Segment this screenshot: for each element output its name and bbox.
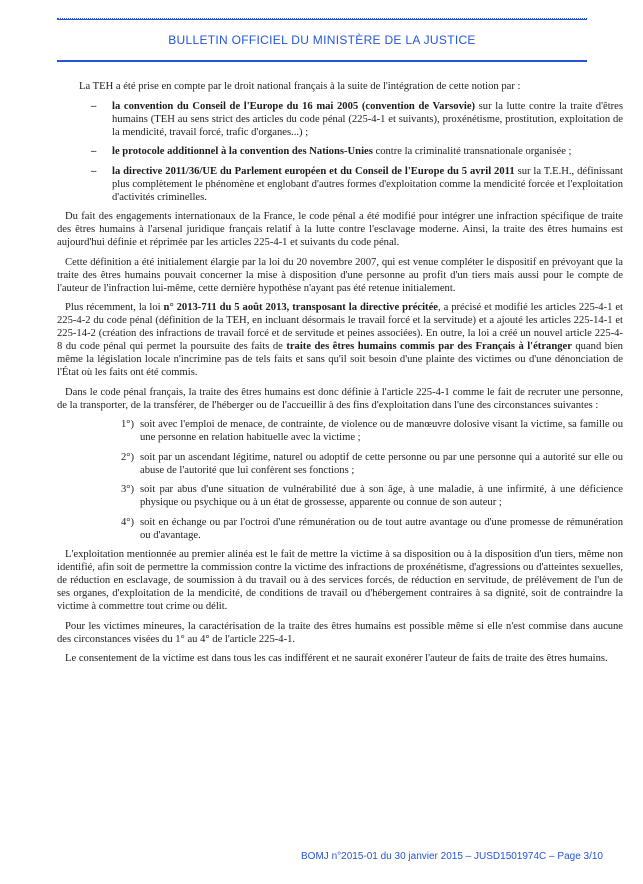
paragraph: Du fait des engagements internationaux d… [57,210,623,249]
list-number: 3°) [121,483,134,496]
text-run: le protocole additionnel à la convention… [112,146,373,157]
page-footer: BOMJ n°2015-01 du 30 janvier 2015 – JUSD… [57,851,603,863]
footer-reference: BOMJ n°2015-01 du 30 janvier 2015 – JUSD… [301,851,603,862]
text-run: Plus récemment, la loi [65,302,164,313]
paragraph: Dans le code pénal français, la traite d… [57,386,623,412]
bullet-dash: – [91,165,96,178]
paragraph: L'exploitation mentionnée au premier ali… [57,548,623,613]
numbered-item: 1°)soit avec l'emploi de menace, de cont… [57,418,623,444]
list-number: 2°) [121,451,134,464]
text-run: Le consentement de la victime est dans t… [65,653,608,664]
text-run: Pour les victimes mineures, la caractéri… [57,621,623,645]
numbered-item: 2°)soit par un ascendant légitime, natur… [57,451,623,477]
text-run: soit en échange ou par l'octroi d'une ré… [140,517,623,541]
paragraph: Pour les victimes mineures, la caractéri… [57,620,623,646]
text-run: la convention du Conseil de l'Europe du … [112,101,475,112]
text-run: Cette définition a été initialement élar… [57,257,623,294]
text-run: Dans le code pénal français, la traite d… [57,387,623,411]
document-body: La TEH a été prise en compte par le droi… [57,80,623,672]
text-run: L'exploitation mentionnée au premier ali… [57,549,623,612]
text-run: soit par abus d'une situation de vulnéra… [140,484,623,508]
paragraph: La TEH a été prise en compte par le droi… [57,80,623,93]
paragraph: Le consentement de la victime est dans t… [57,652,623,665]
bullet-dash: – [91,100,96,113]
paragraph: Plus récemment, la loi n° 2013-711 du 5 … [57,301,623,379]
paragraph: Cette définition a été initialement élar… [57,256,623,295]
document-page: BULLETIN OFFICIEL DU MINISTÈRE DE LA JUS… [0,0,643,884]
numbered-item: 4°)soit en échange ou par l'octroi d'une… [57,516,623,542]
text-run: la directive 2011/36/UE du Parlement eur… [112,166,515,177]
page-header: BULLETIN OFFICIEL DU MINISTÈRE DE LA JUS… [57,0,587,62]
text-run: Du fait des engagements internationaux d… [57,211,623,248]
bullet-item: –le protocole additionnel à la conventio… [57,145,623,158]
bullet-dash: – [91,145,96,158]
bullet-item: –la convention du Conseil de l'Europe du… [57,100,623,139]
text-run: traite des êtres humains commis par des … [286,341,572,352]
text-run: n° 2013-711 du 5 août 2013, transposant … [164,302,438,313]
text-run: La TEH a été prise en compte par le droi… [79,81,520,92]
header-bottom-rule [57,60,587,62]
bulletin-title: BULLETIN OFFICIEL DU MINISTÈRE DE LA JUS… [57,33,587,47]
numbered-item: 3°)soit par abus d'une situation de vuln… [57,483,623,509]
list-number: 4°) [121,516,134,529]
bullet-item: –la directive 2011/36/UE du Parlement eu… [57,165,623,204]
list-number: 1°) [121,418,134,431]
text-run: soit avec l'emploi de menace, de contrai… [140,419,623,443]
header-top-rule-solid [57,19,587,20]
text-run: contre la criminalité transnationale org… [373,146,572,157]
text-run: soit par un ascendant légitime, naturel … [140,452,623,476]
